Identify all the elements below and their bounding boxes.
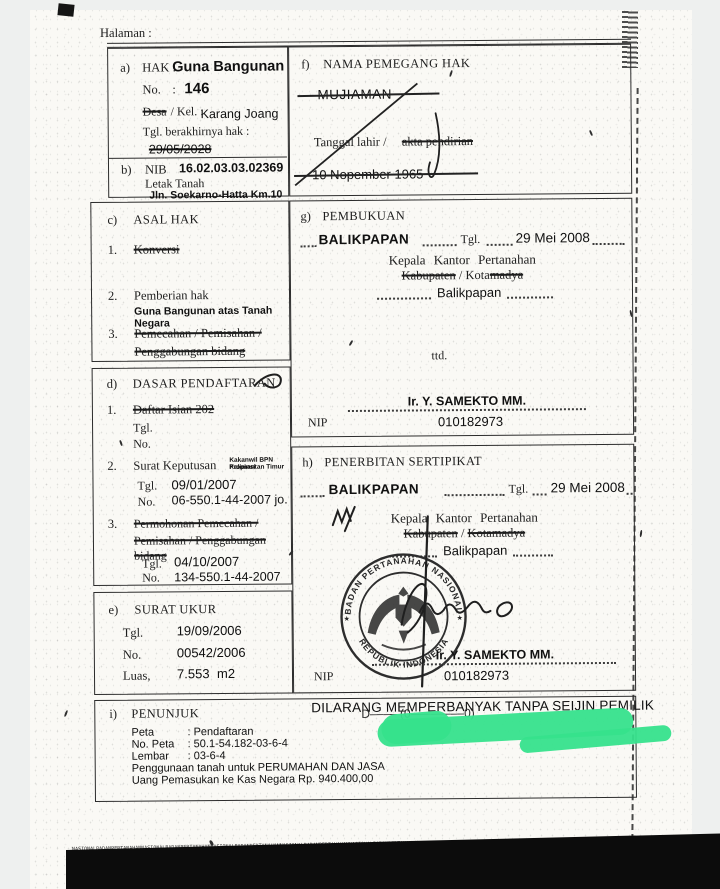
d-item2-no-value: 06-550.1-44-2007 jo.: [172, 492, 288, 507]
peta-value: : Pendaftaran: [187, 726, 253, 739]
konversi-struck: Konversi: [134, 242, 180, 257]
section-e-box: e) SURAT UKUR Tgl. 19/09/2006 No. 00542/…: [93, 590, 293, 695]
peta-label: Peta: [131, 727, 154, 739]
diagonal-cancel-line: [289, 45, 633, 196]
section-f-box: f) NAMA PEMEGANG HAK MUJIAMAN Tanggal la…: [288, 44, 632, 197]
g-city2-value: Balikpapan: [437, 285, 501, 301]
scan-corner-artifact: [57, 3, 74, 17]
d-item3-number: 3.: [108, 517, 117, 532]
pen-hook-mark: [253, 369, 291, 395]
section-d-box: d) DASAR PENDAFTARAN 1. Daftar Isian 202…: [92, 366, 293, 586]
pemecahan-struck-line2: Penggabungan bidang: [134, 344, 245, 360]
d-item2-no-label: No.: [138, 495, 156, 510]
g-city-value: BALIKPAPAN: [319, 232, 410, 248]
pembukuan-title: PEMBUKUAN: [322, 209, 405, 225]
paper-background: Halaman : a) HAK : Guna Bangunan No. : 1…: [30, 10, 692, 889]
no-peta-value: : 50.1-54.182-03-6-4: [188, 737, 288, 750]
e-tgl-label: Tgl.: [123, 626, 144, 641]
dot-leader: [487, 244, 513, 246]
g-ttd-label: ttd.: [431, 348, 447, 363]
surat-keputusan-label: Surat Keputusan: [133, 458, 216, 474]
lembar-label: Lembar: [132, 750, 169, 762]
certificate-table: a) HAK : Guna Bangunan No. : 146 Desa / …: [24, 5, 693, 889]
no-colon: :: [172, 82, 176, 97]
kakanwil-note-line2: Kalimantan Timur: [229, 464, 284, 471]
g-kota-label: / Kota: [459, 268, 490, 282]
c-item2-number: 2.: [108, 289, 117, 304]
g-nip-label: NIP: [308, 415, 327, 430]
e-tgl-value: 19/09/2006: [177, 623, 242, 639]
g-kabupaten-kotamadya-line: Kabupaten / Kotamadya: [291, 267, 634, 285]
dot-leader: [423, 244, 457, 246]
d-item1-tgl-label: Tgl.: [133, 421, 153, 436]
tgl-berakhir-value: 29/05/2028: [149, 142, 212, 156]
d-item3-tgl-label: Tgl.: [142, 556, 162, 571]
section-d-code: d): [107, 377, 118, 392]
dot-leader: [593, 243, 625, 245]
section-c-box: c) ASAL HAK 1. Konversi 2. Pemberian hak…: [90, 200, 290, 362]
section-i-box: i) PENUNJUK Peta : Pendaftaran No. Peta …: [94, 696, 637, 802]
no-label: No.: [142, 82, 161, 97]
h-signatory-name: Ir. Y. SAMEKTO MM.: [380, 647, 610, 663]
g-date-value: 29 Mei 2008: [516, 230, 590, 246]
nib-label: NIB: [145, 162, 167, 177]
dot-leader: [507, 296, 553, 298]
kel-label: / Kel. :: [171, 104, 204, 119]
g-nip-value: 010182973: [438, 414, 503, 430]
e-no-value: 00542/2006: [177, 645, 246, 661]
green-highlighter-redaction: [380, 710, 452, 745]
g-tgl-label: Tgl.: [461, 232, 481, 247]
scanned-land-certificate-page: Halaman : a) HAK : Guna Bangunan No. : 1…: [0, 0, 720, 889]
d-item2-tgl-value: 09/01/2007: [171, 477, 236, 493]
hak-label: HAK :: [142, 60, 176, 75]
section-b-code: b): [121, 163, 132, 178]
d-item2-tgl-label: Tgl.: [137, 479, 157, 494]
dot-leader: [377, 297, 431, 299]
g-madya-struck: madya: [490, 268, 523, 282]
e-luas-label: Luas,: [123, 669, 151, 684]
section-g-box: g) PEMBUKUAN BALIKPAPAN Tgl. 29 Mei 2008…: [289, 198, 634, 438]
pemecahan-struck-line1: Pemecahan / Pemisahan /: [134, 326, 262, 342]
section-a-code: a): [120, 61, 130, 76]
h-nip-label: NIP: [314, 669, 333, 684]
pen-check-mark: [428, 113, 440, 177]
e-luas-unit: m2: [217, 666, 235, 681]
pemberian-hak-label: Pemberian hak: [134, 288, 209, 304]
g-kabupaten-struck: Kabupaten: [402, 268, 456, 282]
surat-ukur-title: SURAT UKUR: [134, 602, 216, 618]
a-b-divider: [109, 156, 287, 158]
no-peta-label: No. Peta: [132, 738, 175, 750]
daftar-isian-struck: Daftar Isian 202: [133, 402, 214, 418]
penunjuk-title: PENUNJUK: [131, 706, 199, 722]
hak-value: Guna Bangunan: [172, 58, 284, 75]
section-h-box: h) PENERBITAN SERTIPIKAT BALIKPAPAN Tgl.…: [291, 444, 636, 694]
d-item1-number: 1.: [107, 403, 116, 418]
c-item3-number: 3.: [108, 327, 117, 342]
d-item3-no-value: 134-550.1-44-2007: [174, 570, 280, 585]
section-a-b-box: a) HAK : Guna Bangunan No. : 146 Desa / …: [107, 46, 289, 197]
d-item2-number: 2.: [107, 459, 116, 474]
d-item3-no-label: No.: [142, 570, 160, 585]
letak-tanah-value: Jln. Soekarno-Hatta Km.10: [149, 189, 282, 202]
asal-hak-title: ASAL HAK: [133, 212, 199, 228]
permohonan-struck-line1: Permohonan Pemecahan /: [134, 516, 259, 532]
lembar-value: : 03-6-4: [188, 750, 226, 762]
e-luas-value: 7.553: [177, 666, 210, 681]
nib-value: 16.02.03.03.02369: [179, 161, 283, 176]
kelurahan-value: Karang Joang: [201, 107, 279, 122]
c-item1-number: 1.: [108, 243, 117, 258]
hak-number: 146: [184, 80, 209, 97]
section-e-code: e): [108, 603, 118, 618]
section-i-code: i): [109, 707, 117, 722]
tgl-berakhir-label: Tgl. berakhirnya hak :: [143, 124, 250, 140]
uang-pemasukan-line: Uang Pemasukan ke Kas Negara Rp. 940.400…: [132, 773, 374, 787]
d-item3-tgl-value: 04/10/2007: [174, 554, 239, 570]
g-signatory-name: Ir. Y. SAMEKTO MM.: [352, 393, 582, 409]
dot-leader: [301, 245, 317, 247]
desa-label-struck: Desa: [143, 104, 167, 119]
section-g-code: g): [300, 209, 311, 224]
section-c-code: c): [107, 213, 117, 228]
d-item1-no-label: No.: [133, 437, 151, 452]
e-no-label: No.: [123, 648, 142, 663]
h-nip-value: 010182973: [444, 668, 509, 684]
